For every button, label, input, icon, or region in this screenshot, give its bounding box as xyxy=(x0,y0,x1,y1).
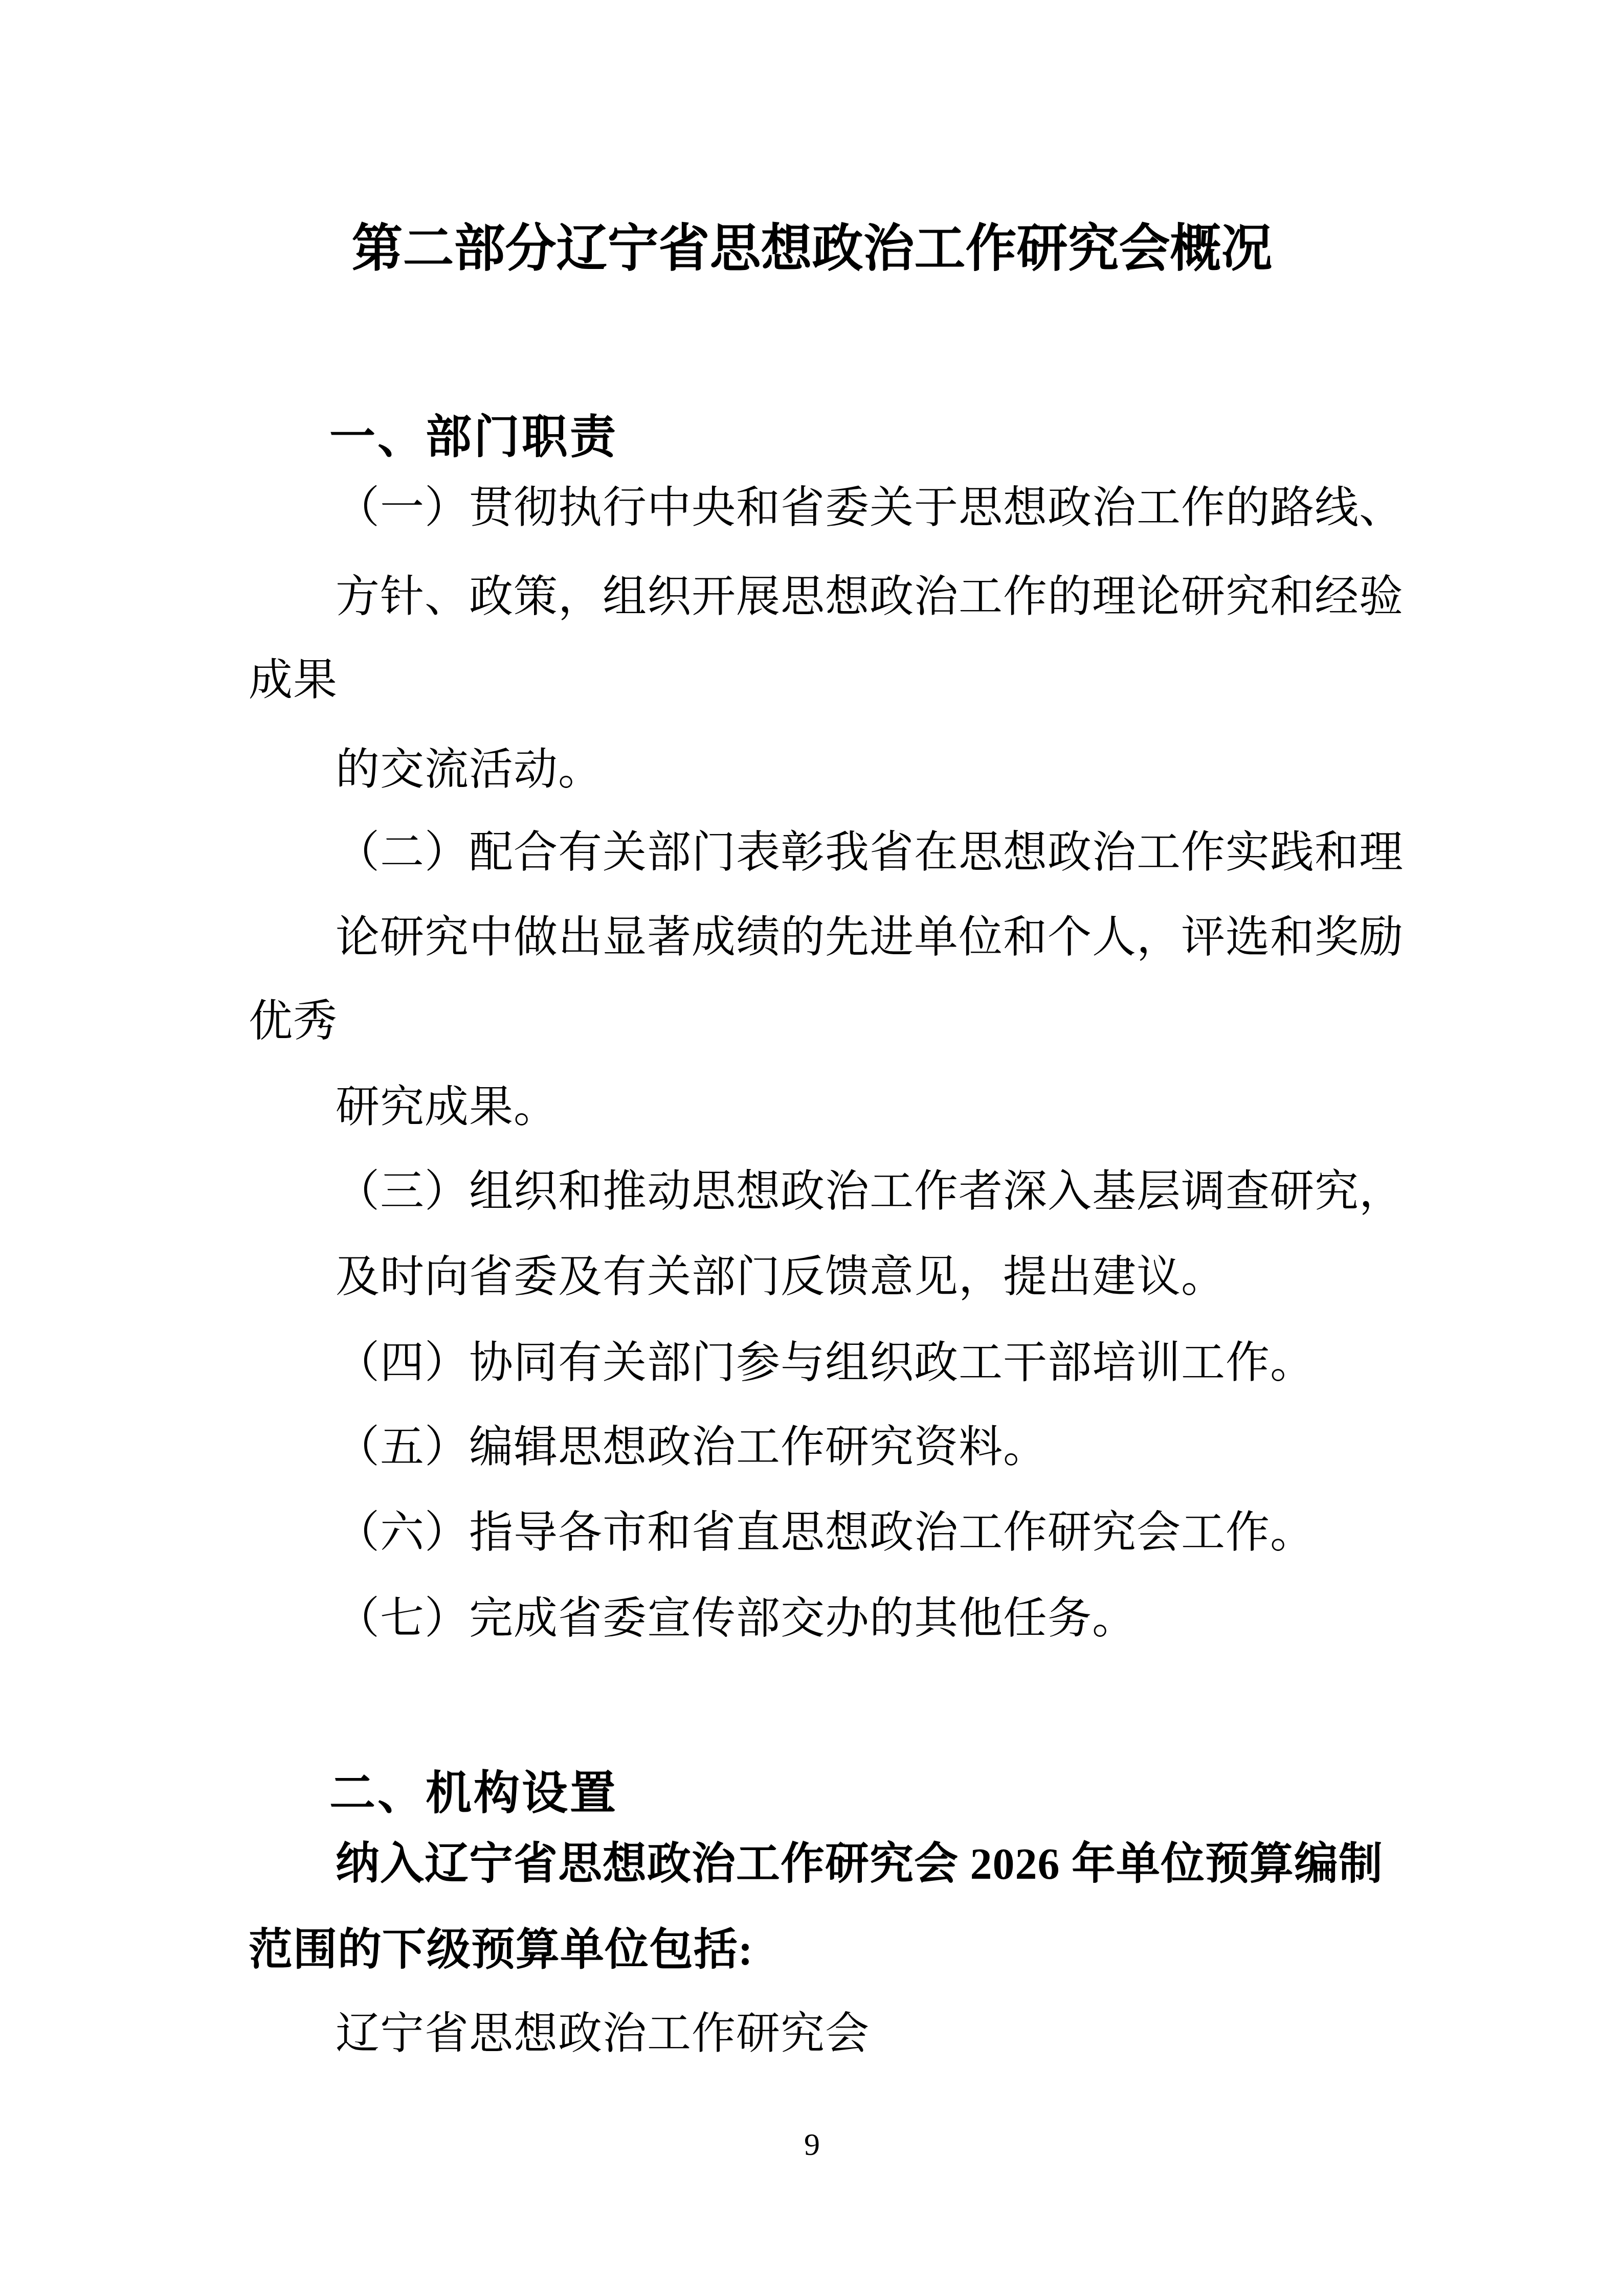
doc-line: 优秀 xyxy=(249,998,1486,1044)
doc-line: 方针、政策，组织开展思想政治工作的理论研究和经验 xyxy=(249,574,1573,620)
doc-line: （四）协同有关部门参与组织政工干部培训工作。 xyxy=(249,1340,1573,1386)
doc-line: 范围的下级预算单位包括: xyxy=(249,1927,1486,1973)
page-number: 9 xyxy=(0,2127,1624,2162)
doc-line: 论研究中做出显著成绩的先进单位和个人，评选和奖励 xyxy=(249,914,1573,960)
doc-line: （五）编辑思想政治工作研究资料。 xyxy=(249,1424,1573,1470)
doc-line: （二）配合有关部门表彰我省在思想政治工作实践和理 xyxy=(249,829,1573,875)
doc-line: （七）完成省委宣传部交办的其他任务。 xyxy=(249,1595,1573,1641)
doc-line: 纳入辽宁省思想政治工作研究会 2026 年单位预算编制 xyxy=(249,1841,1573,1887)
doc-line: 研究成果。 xyxy=(249,1084,1573,1130)
document-page: 第二部分辽宁省思想政治工作研究会概况 一、部门职责 （一）贯彻执行中央和省委关于… xyxy=(0,0,1624,2296)
doc-line: （六）指导各市和省直思想政治工作研究会工作。 xyxy=(249,1510,1573,1556)
page-title: 第二部分辽宁省思想政治工作研究会概况 xyxy=(0,221,1624,277)
doc-line: 辽宁省思想政治工作研究会 xyxy=(249,2011,1573,2057)
doc-line: 及时向省委及有关部门反馈意见，提出建议。 xyxy=(249,1254,1573,1300)
section-heading-organization: 二、机构设置 xyxy=(249,1769,1567,1818)
doc-line: 成果 xyxy=(249,657,1486,703)
section-heading-duties: 一、部门职责 xyxy=(249,413,1567,462)
doc-line: （三）组织和推动思想政治工作者深入基层调查研究， xyxy=(249,1168,1573,1214)
doc-line: （一）贯彻执行中央和省委关于思想政治工作的路线、 xyxy=(249,485,1573,531)
doc-line: 的交流活动。 xyxy=(249,747,1573,793)
